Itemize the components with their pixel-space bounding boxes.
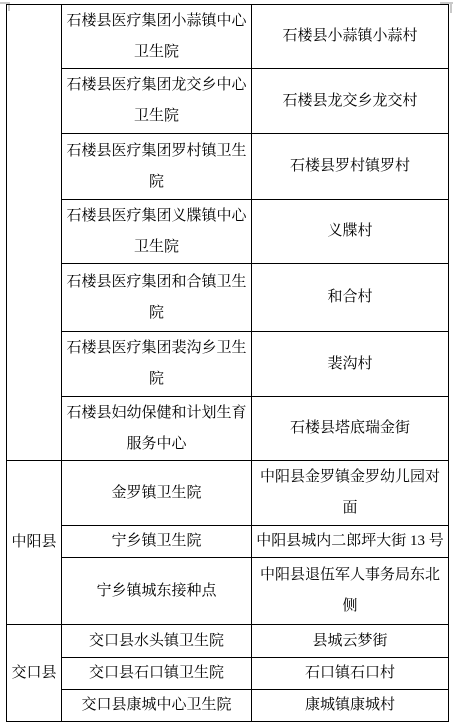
institution-cell: 石楼县医疗集团和合镇卫生 院 [62, 264, 252, 332]
table-row: 交口县 交口县水头镇卫生院 县城云梦街 [7, 625, 449, 658]
institution-cell: 交口县石口镇卫生院 [62, 658, 252, 690]
table-row: 石楼县医疗集团裴沟乡卫生 院 裴沟村 [7, 332, 449, 397]
table-row: 石楼县医疗集团小蒜镇中心 卫生院 石楼县小蒜镇小蒜村 [7, 5, 449, 69]
address-cell: 石楼县小蒜镇小蒜村 [252, 5, 449, 69]
institution-cell: 石楼县医疗集团裴沟乡卫生 院 [62, 332, 252, 397]
institution-cell: 金罗镇卫生院 [62, 461, 252, 526]
address-cell: 石楼县龙交乡龙交村 [252, 69, 449, 134]
address-cell: 中阳县城内二郎坪大街 13 号 [252, 526, 449, 558]
medical-sites-table: 石楼县医疗集团小蒜镇中心 卫生院 石楼县小蒜镇小蒜村 石楼县医疗集团龙交乡中心 … [6, 4, 449, 722]
address-cell: 石楼县罗村镇罗村 [252, 134, 449, 200]
institution-cell: 石楼县医疗集团小蒜镇中心 卫生院 [62, 5, 252, 69]
table-row: 交口县康城中心卫生院 康城镇康城村 [7, 690, 449, 722]
county-cell [7, 5, 62, 461]
address-cell: 和合村 [252, 264, 449, 332]
address-cell: 中阳县金罗镇金罗幼儿园对 面 [252, 461, 449, 526]
address-cell: 义牒村 [252, 200, 449, 264]
county-cell: 中阳县 [7, 461, 62, 625]
address-cell: 裴沟村 [252, 332, 449, 397]
address-cell: 石楼县塔底瑞金街 [252, 397, 449, 461]
table-row: 宁乡镇城东接种点 中阳县退伍军人事务局东北 侧 [7, 558, 449, 625]
table-row: 石楼县医疗集团义牒镇中心 卫生院 义牒村 [7, 200, 449, 264]
address-cell: 石口镇石口村 [252, 658, 449, 690]
table-row: 石楼县妇幼保健和计划生育 服务中心 石楼县塔底瑞金街 [7, 397, 449, 461]
address-cell: 中阳县退伍军人事务局东北 侧 [252, 558, 449, 625]
institution-cell: 石楼县医疗集团义牒镇中心 卫生院 [62, 200, 252, 264]
crop-artifact-top-right-vertical [450, 2, 452, 13]
table-row: 中阳县 金罗镇卫生院 中阳县金罗镇金罗幼儿园对 面 [7, 461, 449, 526]
institution-cell: 宁乡镇城东接种点 [62, 558, 252, 625]
address-cell: 康城镇康城村 [252, 690, 449, 722]
institution-cell: 石楼县医疗集团罗村镇卫生 院 [62, 134, 252, 200]
table-row: 石楼县医疗集团和合镇卫生 院 和合村 [7, 264, 449, 332]
county-cell: 交口县 [7, 625, 62, 722]
table-row: 宁乡镇卫生院 中阳县城内二郎坪大街 13 号 [7, 526, 449, 558]
table-row: 交口县石口镇卫生院 石口镇石口村 [7, 658, 449, 690]
table-row: 石楼县医疗集团罗村镇卫生 院 石楼县罗村镇罗村 [7, 134, 449, 200]
table-row: 石楼县医疗集团龙交乡中心 卫生院 石楼县龙交乡龙交村 [7, 69, 449, 134]
institution-cell: 石楼县医疗集团龙交乡中心 卫生院 [62, 69, 252, 134]
institution-cell: 交口县康城中心卫生院 [62, 690, 252, 722]
document-page: 石楼县医疗集团小蒜镇中心 卫生院 石楼县小蒜镇小蒜村 石楼县医疗集团龙交乡中心 … [0, 0, 453, 727]
institution-cell: 宁乡镇卫生院 [62, 526, 252, 558]
institution-cell: 交口县水头镇卫生院 [62, 625, 252, 658]
address-cell: 县城云梦街 [252, 625, 449, 658]
institution-cell: 石楼县妇幼保健和计划生育 服务中心 [62, 397, 252, 461]
